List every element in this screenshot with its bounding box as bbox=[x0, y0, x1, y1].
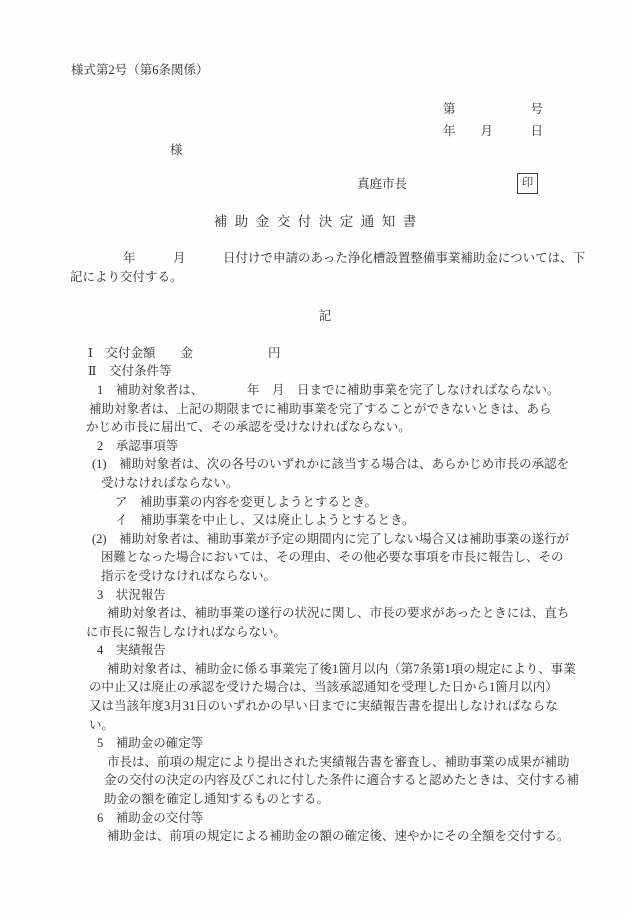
body-line: 受けなければならない。 bbox=[70, 474, 580, 493]
body-line-section-1: Ⅰ 交付金額 金 円 bbox=[70, 344, 580, 363]
body-line: かじめ市長に届出て、その承認を受けなければならない。 bbox=[70, 418, 580, 437]
body-line-sub-i: イ 補助事業を中止し、又は廃止しようとするとき。 bbox=[70, 511, 580, 530]
record-marker: 記 bbox=[70, 307, 580, 326]
body-line: 市長は、前項の規定により提出された実績報告書を審査し、補助事業の成果が補助 bbox=[70, 753, 580, 772]
body-line-item-5: 5 補助金の確定等 bbox=[70, 734, 580, 753]
body-line: 金の交付の決定の内容及びこれに付した条件に適合すると認めたときは、交付する補 bbox=[70, 771, 580, 790]
body-line-item-4: 4 実績報告 bbox=[70, 641, 580, 660]
body-line: 困難となった場合においては、その理由、その他必要な事項を市長に報告し、その bbox=[70, 548, 580, 567]
body-line: 補助対象者は、補助金に係る事業完了後1箇月以内（第7条第1項の規定により、事業 bbox=[70, 660, 580, 679]
body-line: の中止又は廃止の承認を受けた場合は、当該承認通知を受理した日から1箇月以内） bbox=[70, 678, 580, 697]
body-line: 補助対象者は、上記の期限までに補助事業を完了することができないときは、あら bbox=[70, 400, 580, 419]
document-page: 様式第2号（第6条関係） 第 号 年 月 日 様 真庭市長 印 補助金交付決定通… bbox=[0, 0, 630, 915]
body-line: 又は当該年度3月31日のいずれかの早い日までに実績報告書を提出しなければならな bbox=[70, 697, 580, 716]
body-line: 年 月 日付けで申請のあった浄化槽設置整備事業補助金については、下 bbox=[70, 249, 580, 268]
body-line: 補助対象者は、補助事業の遂行の状況に関し、市長の要求があったときには、直ち bbox=[70, 604, 580, 623]
body-line: 助金の額を確定し通知するものとする。 bbox=[70, 790, 580, 809]
body-line-sub-1: (1) 補助対象者は、次の各号のいずれかに該当する場合は、あらかじめ市長の承認を bbox=[70, 455, 580, 474]
body-line: 記により交付する。 bbox=[70, 268, 580, 287]
body-line-sub-a: ア 補助事業の内容を変更しようとするとき。 bbox=[70, 493, 580, 512]
addressee-honorific: 様 bbox=[170, 143, 183, 158]
issuer-name: 真庭市長 bbox=[357, 177, 407, 192]
issue-date-line: 年 月 日 bbox=[443, 124, 543, 139]
seal-icon: 印 bbox=[522, 178, 534, 190]
body-line: に市長に報告しなければならない。 bbox=[70, 623, 580, 642]
body-line: 補助金は、前項の規定による補助金の額の確定後、速やかにその全額を交付する。 bbox=[70, 827, 580, 846]
body-line-item-6: 6 補助金の交付等 bbox=[70, 809, 580, 828]
body-line-section-2: Ⅱ 交付条件等 bbox=[70, 362, 580, 381]
body-line-item-1: 1 補助対象者は、 年 月 日までに補助事業を完了しなければならない。 bbox=[70, 381, 580, 400]
document-body: 年 月 日付けで申請のあった浄化槽設置整備事業補助金については、下 記により交付… bbox=[70, 249, 580, 846]
document-title: 補助金交付決定通知書 bbox=[0, 210, 630, 230]
body-line-item-2: 2 承認事項等 bbox=[70, 437, 580, 456]
seal-box: 印 bbox=[517, 173, 538, 194]
body-line-item-3: 3 状況報告 bbox=[70, 586, 580, 605]
form-number: 様式第2号（第6条関係） bbox=[71, 63, 209, 78]
body-line-sub-2: (2) 補助対象者は、補助事業が予定の期間内に完了しない場合又は補助事業の遂行が bbox=[70, 530, 580, 549]
issue-number-line: 第 号 bbox=[443, 102, 543, 117]
body-line: 指示を受けなければならない。 bbox=[70, 567, 580, 586]
body-line: い。 bbox=[70, 716, 580, 735]
